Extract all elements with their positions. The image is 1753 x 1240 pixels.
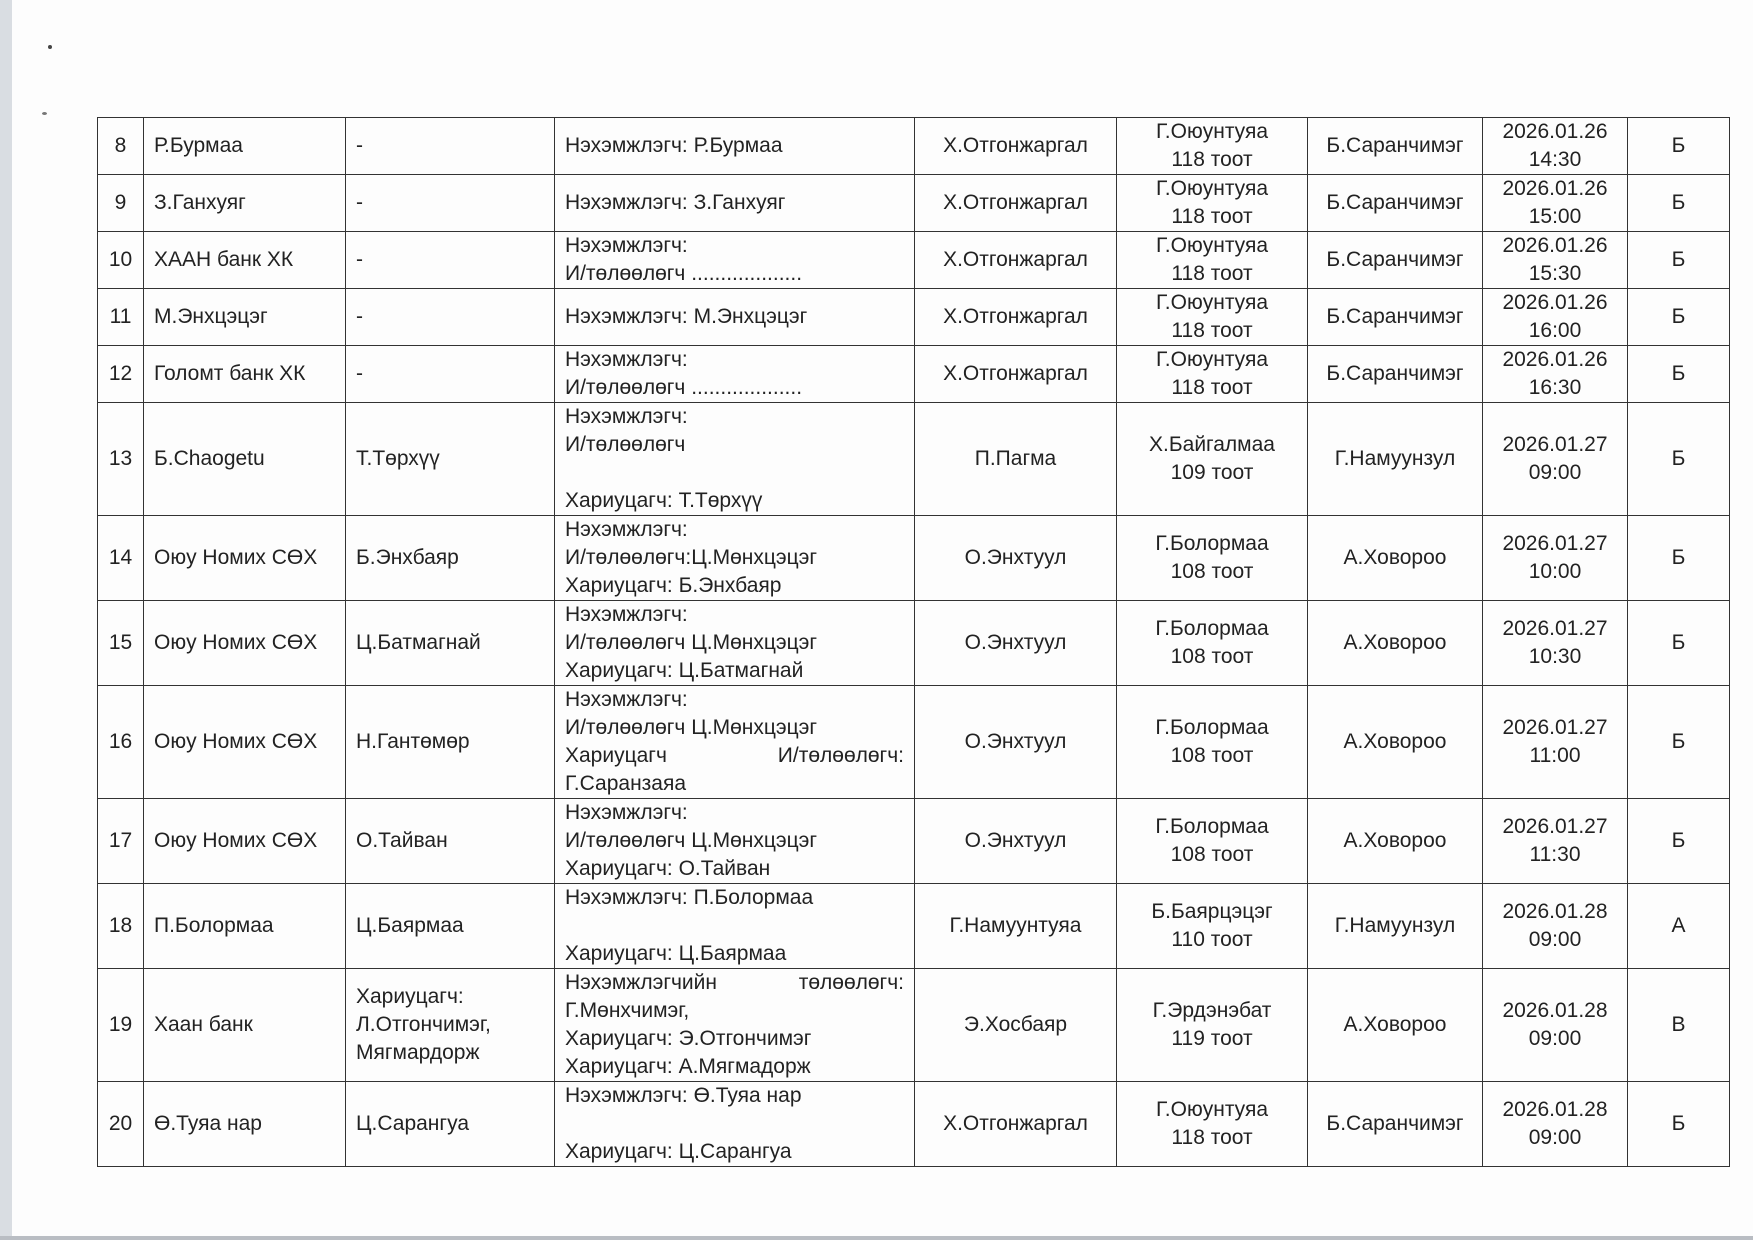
cell-text: Б	[1638, 445, 1719, 473]
cell-text: 2026.01.26	[1493, 118, 1617, 146]
judge-cell: Х.Отгонжаргал	[915, 232, 1117, 289]
respondent-cell: Т.Төрхүү	[346, 403, 555, 516]
judge-cell: Х.Отгонжаргал	[915, 346, 1117, 403]
cell-text: 108 тоот	[1127, 558, 1297, 586]
cell-text: Б.Энхбаяр	[356, 544, 544, 572]
table-row: 18П.БолормааЦ.БаярмааНэхэмжлэгч: П.Болор…	[98, 884, 1730, 969]
cell-text: Б.Chaogetu	[154, 445, 335, 473]
cell-text: -	[356, 360, 544, 388]
cell-text: -	[356, 303, 544, 331]
cell-text: Т.Төрхүү	[356, 445, 544, 473]
cell-text: Нэхэмжлэгч: М.Энхцэцэг	[565, 303, 904, 331]
respondent-cell: -	[346, 346, 555, 403]
cell-text: Г.Намуунзул	[1318, 912, 1472, 940]
courtroom-cell: Г.Оюунтуяа118 тоот	[1117, 232, 1308, 289]
table-row: 13Б.ChaogetuТ.ТөрхүүНэхэмжлэгч:И/төлөөлө…	[98, 403, 1730, 516]
table-row: 17Оюу Номих СӨХО.ТайванНэхэмжлэгч:И/төлө…	[98, 799, 1730, 884]
scan-left-edge	[0, 0, 12, 1240]
cell-text: 118 тоот	[1127, 146, 1297, 174]
cell-text: Ц.Батмагнай	[356, 629, 544, 657]
datetime-cell: 2026.01.2614:30	[1483, 118, 1628, 175]
cell-text: Х.Отгонжаргал	[925, 189, 1106, 217]
cell-text: Г.Болормаа	[1127, 813, 1297, 841]
case-type-cell: Б	[1628, 346, 1730, 403]
row-number: 11	[98, 289, 144, 346]
cell-text: Нэхэмжлэгч: З.Ганхуяг	[565, 189, 904, 217]
cell-text: Нэхэмжлэгч: Р.Бурмаа	[565, 132, 904, 160]
row-number: 13	[98, 403, 144, 516]
cell-text: 16:00	[1493, 317, 1617, 345]
cell-text: 118 тоот	[1127, 260, 1297, 288]
courtroom-cell: Г.Оюунтуяа118 тоот	[1117, 346, 1308, 403]
cell-text: А.Ховороо	[1318, 728, 1472, 756]
cell-text: И/төлөөлөгч Ц.Мөнхцэцэг	[565, 714, 904, 742]
courtroom-cell: Г.Оюунтуяа118 тоот	[1117, 289, 1308, 346]
respondent-cell: -	[346, 232, 555, 289]
cell-text: О.Энхтуул	[925, 544, 1106, 572]
respondent-cell: Ц.Батмагнай	[346, 601, 555, 686]
cell-text: Нэхэмжлэгч:	[565, 403, 904, 431]
cell-text: Г.Оюунтуяа	[1127, 1096, 1297, 1124]
cell-text: А.Ховороо	[1318, 629, 1472, 657]
case-type-cell: Б	[1628, 403, 1730, 516]
cell-text: Б.Саранчимэг	[1318, 132, 1472, 160]
cell-text: Г.Оюунтуяа	[1127, 118, 1297, 146]
cell-text: И/төлөөлөгч ...................	[565, 260, 904, 288]
cell-text: Х.Отгонжаргал	[925, 132, 1106, 160]
respondent-cell: -	[346, 118, 555, 175]
cell-text: 2026.01.28	[1493, 1096, 1617, 1124]
cell-text: Г.Эрдэнэбат	[1127, 997, 1297, 1025]
cell-text: Б.Саранчимэг	[1318, 246, 1472, 274]
participants-cell: Нэхэмжлэгч: Р.Бурмаа	[555, 118, 915, 175]
case-type-cell: Б	[1628, 175, 1730, 232]
cell-text: Г.Оюунтуяа	[1127, 232, 1297, 260]
plaintiff-cell: З.Ганхуяг	[144, 175, 346, 232]
cell-text: Р.Бурмаа	[154, 132, 335, 160]
cell-text: И/төлөөлөгч ...................	[565, 374, 904, 402]
table-row: 12Голомт банк ХК-Нэхэмжлэгч:И/төлөөлөгч …	[98, 346, 1730, 403]
cell-text: 18	[108, 912, 133, 940]
cell-text: И/төлөөлөгч	[565, 431, 904, 459]
plaintiff-cell: Голомт банк ХК	[144, 346, 346, 403]
judge-cell: О.Энхтуул	[915, 686, 1117, 799]
cell-text: Б	[1638, 544, 1719, 572]
cell-text: М.Энхцэцэг	[154, 303, 335, 331]
cell-text: 2026.01.27	[1493, 530, 1617, 558]
courtroom-cell: Г.Болормаа108 тоот	[1117, 686, 1308, 799]
cell-text: Нэхэмжлэгч: П.Болормаа	[565, 884, 904, 912]
participants-cell: Нэхэмжлэгч:И/төлөөлөгч .................…	[555, 346, 915, 403]
cell-text: Хариуцагч И/төлөөлөгч:	[565, 742, 904, 770]
row-number: 16	[98, 686, 144, 799]
judge-cell: О.Энхтуул	[915, 799, 1117, 884]
cell-text: Хариуцагч: Ц.Сарангуа	[565, 1138, 904, 1166]
cell-text: О.Энхтуул	[925, 827, 1106, 855]
cell-text: 14	[108, 544, 133, 572]
respondent-cell: О.Тайван	[346, 799, 555, 884]
cell-text: ХААН банк ХК	[154, 246, 335, 274]
case-type-cell: Б	[1628, 232, 1730, 289]
row-number: 18	[98, 884, 144, 969]
cell-text: 10:30	[1493, 643, 1617, 671]
cell-text: 15:00	[1493, 203, 1617, 231]
cell-text: Оюу Номих СӨХ	[154, 629, 335, 657]
cell-text: Хариуцагч: Ц.Батмагнай	[565, 657, 904, 685]
plaintiff-cell: ХААН банк ХК	[144, 232, 346, 289]
cell-text: 15:30	[1493, 260, 1617, 288]
datetime-cell: 2026.01.2809:00	[1483, 1082, 1628, 1167]
judge-cell: П.Пагма	[915, 403, 1117, 516]
cell-text: Нэхэмжлэгч: Ө.Туяа нар	[565, 1082, 904, 1110]
cell-text: 2026.01.28	[1493, 898, 1617, 926]
cell-text: Хариуцагч: Ц.Баярмаа	[565, 940, 904, 968]
clerk-cell: А.Ховороо	[1308, 686, 1483, 799]
cell-text: Б.Саранчимэг	[1318, 360, 1472, 388]
row-number: 9	[98, 175, 144, 232]
table-row: 10ХААН банк ХК-Нэхэмжлэгч:И/төлөөлөгч ..…	[98, 232, 1730, 289]
table-row: 11М.Энхцэцэг-Нэхэмжлэгч: М.ЭнхцэцэгХ.Отг…	[98, 289, 1730, 346]
case-type-cell: А	[1628, 884, 1730, 969]
cell-text: Г.Болормаа	[1127, 615, 1297, 643]
table-row: 8Р.Бурмаа-Нэхэмжлэгч: Р.БурмааХ.Отгонжар…	[98, 118, 1730, 175]
plaintiff-cell: Оюу Номих СӨХ	[144, 516, 346, 601]
judge-cell: Г.Намуунтуяа	[915, 884, 1117, 969]
respondent-cell: -	[346, 175, 555, 232]
datetime-cell: 2026.01.2711:30	[1483, 799, 1628, 884]
cell-text: Хаан банк	[154, 1011, 335, 1039]
datetime-cell: 2026.01.2615:30	[1483, 232, 1628, 289]
cell-text: 118 тоот	[1127, 374, 1297, 402]
courtroom-cell: Г.Болормаа108 тоот	[1117, 601, 1308, 686]
cell-text: Э.Хосбаяр	[925, 1011, 1106, 1039]
cell-text: 118 тоот	[1127, 317, 1297, 345]
courtroom-cell: Б.Баярцэцэг110 тоот	[1117, 884, 1308, 969]
cell-text: Х.Отгонжаргал	[925, 360, 1106, 388]
datetime-cell: 2026.01.2711:00	[1483, 686, 1628, 799]
cell-text: И/төлөөлөгч:Ц.Мөнхцэцэг	[565, 544, 904, 572]
cell-text: 2026.01.27	[1493, 615, 1617, 643]
participants-cell: Нэхэмжлэгч:И/төлөөлөгч Ц.МөнхцэцэгХариуц…	[555, 799, 915, 884]
table-row: 16Оюу Номих СӨХН.ГантөмөрНэхэмжлэгч:И/тө…	[98, 686, 1730, 799]
cell-text: 118 тоот	[1127, 1124, 1297, 1152]
participants-cell: Нэхэмжлэгч:И/төлөөлөгч Ц.МөнхцэцэгХариуц…	[555, 686, 915, 799]
cell-text: 2026.01.27	[1493, 813, 1617, 841]
judge-cell: Э.Хосбаяр	[915, 969, 1117, 1082]
cell-text: 15	[108, 629, 133, 657]
plaintiff-cell: Оюу Номих СӨХ	[144, 799, 346, 884]
judge-cell: О.Энхтуул	[915, 601, 1117, 686]
datetime-cell: 2026.01.2710:30	[1483, 601, 1628, 686]
participants-cell: Нэхэмжлэгч:И/төлөөлөгчХариуцагч: Т.Төрхү…	[555, 403, 915, 516]
cell-text: 16:30	[1493, 374, 1617, 402]
row-number: 17	[98, 799, 144, 884]
cell-text: -	[356, 189, 544, 217]
blank-line	[565, 459, 904, 487]
cell-text: 10	[108, 246, 133, 274]
cell-text: О.Энхтуул	[925, 629, 1106, 657]
judge-cell: Х.Отгонжаргал	[915, 1082, 1117, 1167]
cell-text: 11	[108, 303, 133, 331]
cell-text: Оюу Номих СӨХ	[154, 728, 335, 756]
respondent-cell: Ц.Сарангуа	[346, 1082, 555, 1167]
cell-text: Хариуцагч: Л.Отгончимэг, Мягмардорж	[356, 983, 544, 1067]
respondent-cell: Н.Гантөмөр	[346, 686, 555, 799]
cell-text: 2026.01.26	[1493, 289, 1617, 317]
cell-text: В	[1638, 1011, 1719, 1039]
cell-text: Б	[1638, 1110, 1719, 1138]
cell-text: Оюу Номих СӨХ	[154, 544, 335, 572]
cell-text: 09:00	[1493, 459, 1617, 487]
cell-text: 11:00	[1493, 742, 1617, 770]
row-number: 20	[98, 1082, 144, 1167]
cell-text: Х.Байгалмаа	[1127, 431, 1297, 459]
datetime-cell: 2026.01.2710:00	[1483, 516, 1628, 601]
cell-text: 118 тоот	[1127, 203, 1297, 231]
cell-text: Б	[1638, 189, 1719, 217]
cell-text: Г.Намуунзул	[1318, 445, 1472, 473]
cell-text: Голомт банк ХК	[154, 360, 335, 388]
cell-text: Г.Намуунтуяа	[925, 912, 1106, 940]
cell-text: Б	[1638, 246, 1719, 274]
cell-text: 09:00	[1493, 1124, 1617, 1152]
cell-text: 109 тоот	[1127, 459, 1297, 487]
courtroom-cell: Г.Болормаа108 тоот	[1117, 799, 1308, 884]
cell-text: П.Болормаа	[154, 912, 335, 940]
scan-bottom-edge	[0, 1236, 1753, 1240]
courtroom-cell: Г.Оюунтуяа118 тоот	[1117, 175, 1308, 232]
cell-text: 11:30	[1493, 841, 1617, 869]
cell-text: Х.Отгонжаргал	[925, 303, 1106, 331]
clerk-cell: Б.Саранчимэг	[1308, 346, 1483, 403]
cell-text: Б.Саранчимэг	[1318, 189, 1472, 217]
cell-text: Нэхэмжлэгч:	[565, 686, 904, 714]
cell-text: Г.Мөнхчимэг,	[565, 997, 904, 1025]
cell-text: О.Тайван	[356, 827, 544, 855]
clerk-cell: А.Ховороо	[1308, 969, 1483, 1082]
cell-text: А	[1638, 912, 1719, 940]
cell-text: 110 тоот	[1127, 926, 1297, 954]
cell-text: Н.Гантөмөр	[356, 728, 544, 756]
clerk-cell: Б.Саранчимэг	[1308, 232, 1483, 289]
clerk-cell: А.Ховороо	[1308, 799, 1483, 884]
cell-text: 119 тоот	[1127, 1025, 1297, 1053]
datetime-cell: 2026.01.2809:00	[1483, 969, 1628, 1082]
participants-cell: Нэхэмжлэгч: М.Энхцэцэг	[555, 289, 915, 346]
clerk-cell: А.Ховороо	[1308, 516, 1483, 601]
cell-text: Б.Саранчимэг	[1318, 1110, 1472, 1138]
judge-cell: Х.Отгонжаргал	[915, 175, 1117, 232]
cell-text: Ц.Сарангуа	[356, 1110, 544, 1138]
cell-text: Хариуцагч: Э.Отгончимэг	[565, 1025, 904, 1053]
cell-text: 2026.01.27	[1493, 431, 1617, 459]
cell-text: Хариуцагч: Т.Төрхүү	[565, 487, 904, 515]
clerk-cell: Б.Саранчимэг	[1308, 1082, 1483, 1167]
row-number: 15	[98, 601, 144, 686]
cell-text: Нэхэмжлэгч:	[565, 601, 904, 629]
cell-text: 16	[108, 728, 133, 756]
cell-text: 2026.01.28	[1493, 997, 1617, 1025]
respondent-cell: Ц.Баярмаа	[346, 884, 555, 969]
scan-speck	[42, 112, 47, 115]
cell-text: 108 тоот	[1127, 742, 1297, 770]
cell-text: -	[356, 246, 544, 274]
cell-text: Г.Оюунтуяа	[1127, 346, 1297, 374]
table-row: 19Хаан банкХариуцагч: Л.Отгончимэг, Мягм…	[98, 969, 1730, 1082]
cell-text: З.Ганхуяг	[154, 189, 335, 217]
plaintiff-cell: Оюу Номих СӨХ	[144, 686, 346, 799]
blank-line	[565, 912, 904, 940]
cell-text: 108 тоот	[1127, 841, 1297, 869]
cell-text: 2026.01.27	[1493, 714, 1617, 742]
cell-text: Нэхэмжлэгч:	[565, 516, 904, 544]
plaintiff-cell: М.Энхцэцэг	[144, 289, 346, 346]
courtroom-cell: Г.Болормаа108 тоот	[1117, 516, 1308, 601]
cell-text: Хариуцагч: Б.Энхбаяр	[565, 572, 904, 600]
respondent-cell: Б.Энхбаяр	[346, 516, 555, 601]
judge-cell: О.Энхтуул	[915, 516, 1117, 601]
table-row: 20Ө.Туяа нарЦ.СарангуаНэхэмжлэгч: Ө.Туяа…	[98, 1082, 1730, 1167]
hearing-schedule-table: 8Р.Бурмаа-Нэхэмжлэгч: Р.БурмааХ.Отгонжар…	[97, 117, 1730, 1167]
cell-text: Б	[1638, 728, 1719, 756]
cell-text: Нэхэмжлэгч:	[565, 346, 904, 374]
plaintiff-cell: Оюу Номих СӨХ	[144, 601, 346, 686]
cell-text: -	[356, 132, 544, 160]
cell-text: 09:00	[1493, 926, 1617, 954]
blank-line	[565, 1110, 904, 1138]
clerk-cell: Б.Саранчимэг	[1308, 118, 1483, 175]
cell-text: 2026.01.26	[1493, 232, 1617, 260]
datetime-cell: 2026.01.2615:00	[1483, 175, 1628, 232]
case-type-cell: Б	[1628, 601, 1730, 686]
cell-text: Нэхэмжлэгчийн төлөөлөгч:	[565, 969, 904, 997]
datetime-cell: 2026.01.2616:00	[1483, 289, 1628, 346]
table-row: 15Оюу Номих СӨХЦ.БатмагнайНэхэмжлэгч:И/т…	[98, 601, 1730, 686]
cell-text: Х.Отгонжаргал	[925, 246, 1106, 274]
row-number: 10	[98, 232, 144, 289]
courtroom-cell: Х.Байгалмаа109 тоот	[1117, 403, 1308, 516]
clerk-cell: Г.Намуунзул	[1308, 884, 1483, 969]
cell-text: 17	[108, 827, 133, 855]
cell-text: Г.Оюунтуяа	[1127, 175, 1297, 203]
cell-text: Г.Саранзаяа	[565, 770, 904, 798]
cell-text: Нэхэмжлэгч:	[565, 799, 904, 827]
cell-text: Хариуцагч: О.Тайван	[565, 855, 904, 883]
participants-cell: Нэхэмжлэгч: З.Ганхуяг	[555, 175, 915, 232]
cell-text: 09:00	[1493, 1025, 1617, 1053]
row-number: 19	[98, 969, 144, 1082]
cell-text: Б	[1638, 629, 1719, 657]
table-row: 14Оюу Номих СӨХБ.ЭнхбаярНэхэмжлэгч:И/төл…	[98, 516, 1730, 601]
cell-text: Г.Болормаа	[1127, 714, 1297, 742]
respondent-cell: -	[346, 289, 555, 346]
cell-text: Б.Саранчимэг	[1318, 303, 1472, 331]
participants-cell: Нэхэмжлэгч:И/төлөөлөгч Ц.МөнхцэцэгХариуц…	[555, 601, 915, 686]
cell-text: Б	[1638, 132, 1719, 160]
plaintiff-cell: П.Болормаа	[144, 884, 346, 969]
cell-text: 14:30	[1493, 146, 1617, 174]
cell-text: 2026.01.26	[1493, 346, 1617, 374]
cell-text: 10:00	[1493, 558, 1617, 586]
table-row: 9З.Ганхуяг-Нэхэмжлэгч: З.ГанхуягХ.Отгонж…	[98, 175, 1730, 232]
clerk-cell: Г.Намуунзул	[1308, 403, 1483, 516]
case-type-cell: Б	[1628, 516, 1730, 601]
participants-cell: Нэхэмжлэгч: Ө.Туяа нарХариуцагч: Ц.Саран…	[555, 1082, 915, 1167]
row-number: 14	[98, 516, 144, 601]
datetime-cell: 2026.01.2709:00	[1483, 403, 1628, 516]
table-body: 8Р.Бурмаа-Нэхэмжлэгч: Р.БурмааХ.Отгонжар…	[98, 118, 1730, 1167]
datetime-cell: 2026.01.2616:30	[1483, 346, 1628, 403]
courtroom-cell: Г.Оюунтуяа118 тоот	[1117, 1082, 1308, 1167]
cell-text: Х.Отгонжаргал	[925, 1110, 1106, 1138]
row-number: 12	[98, 346, 144, 403]
cell-text: И/төлөөлөгч Ц.Мөнхцэцэг	[565, 629, 904, 657]
cell-text: И/төлөөлөгч Ц.Мөнхцэцэг	[565, 827, 904, 855]
clerk-cell: Б.Саранчимэг	[1308, 175, 1483, 232]
case-type-cell: Б	[1628, 799, 1730, 884]
case-type-cell: Б	[1628, 289, 1730, 346]
cell-text: Нэхэмжлэгч:	[565, 232, 904, 260]
plaintiff-cell: Б.Chaogetu	[144, 403, 346, 516]
cell-text: 20	[108, 1110, 133, 1138]
cell-text: Б	[1638, 827, 1719, 855]
judge-cell: Х.Отгонжаргал	[915, 289, 1117, 346]
cell-text: Б.Баярцэцэг	[1127, 898, 1297, 926]
cell-text: Оюу Номих СӨХ	[154, 827, 335, 855]
cell-text: А.Ховороо	[1318, 1011, 1472, 1039]
cell-text: Б	[1638, 303, 1719, 331]
cell-text: 2026.01.26	[1493, 175, 1617, 203]
judge-cell: Х.Отгонжаргал	[915, 118, 1117, 175]
participants-cell: Нэхэмжлэгчийн төлөөлөгч:Г.Мөнхчимэг,Хари…	[555, 969, 915, 1082]
cell-text: 12	[108, 360, 133, 388]
case-type-cell: В	[1628, 969, 1730, 1082]
scan-speck	[48, 45, 52, 49]
participants-cell: Нэхэмжлэгч: П.БолормааХариуцагч: Ц.Баярм…	[555, 884, 915, 969]
cell-text: А.Ховороо	[1318, 544, 1472, 572]
cell-text: 9	[108, 189, 133, 217]
plaintiff-cell: Ө.Туяа нар	[144, 1082, 346, 1167]
plaintiff-cell: Хаан банк	[144, 969, 346, 1082]
cell-text: 8	[108, 132, 133, 160]
cell-text: Б	[1638, 360, 1719, 388]
case-type-cell: Б	[1628, 1082, 1730, 1167]
cell-text: А.Ховороо	[1318, 827, 1472, 855]
plaintiff-cell: Р.Бурмаа	[144, 118, 346, 175]
respondent-cell: Хариуцагч: Л.Отгончимэг, Мягмардорж	[346, 969, 555, 1082]
cell-text: Г.Оюунтуяа	[1127, 289, 1297, 317]
cell-text: Г.Болормаа	[1127, 530, 1297, 558]
courtroom-cell: Г.Оюунтуяа118 тоот	[1117, 118, 1308, 175]
clerk-cell: Б.Саранчимэг	[1308, 289, 1483, 346]
cell-text: О.Энхтуул	[925, 728, 1106, 756]
participants-cell: Нэхэмжлэгч:И/төлөөлөгч:Ц.МөнхцэцэгХариуц…	[555, 516, 915, 601]
cell-text: Ө.Туяа нар	[154, 1110, 335, 1138]
cell-text: П.Пагма	[925, 445, 1106, 473]
cell-text: 13	[108, 445, 133, 473]
case-type-cell: Б	[1628, 686, 1730, 799]
participants-cell: Нэхэмжлэгч:И/төлөөлөгч .................…	[555, 232, 915, 289]
cell-text: 19	[108, 1011, 133, 1039]
courtroom-cell: Г.Эрдэнэбат119 тоот	[1117, 969, 1308, 1082]
clerk-cell: А.Ховороо	[1308, 601, 1483, 686]
case-type-cell: Б	[1628, 118, 1730, 175]
cell-text: Хариуцагч: А.Мягмадорж	[565, 1053, 904, 1081]
datetime-cell: 2026.01.2809:00	[1483, 884, 1628, 969]
cell-text: 108 тоот	[1127, 643, 1297, 671]
cell-text: Ц.Баярмаа	[356, 912, 544, 940]
row-number: 8	[98, 118, 144, 175]
